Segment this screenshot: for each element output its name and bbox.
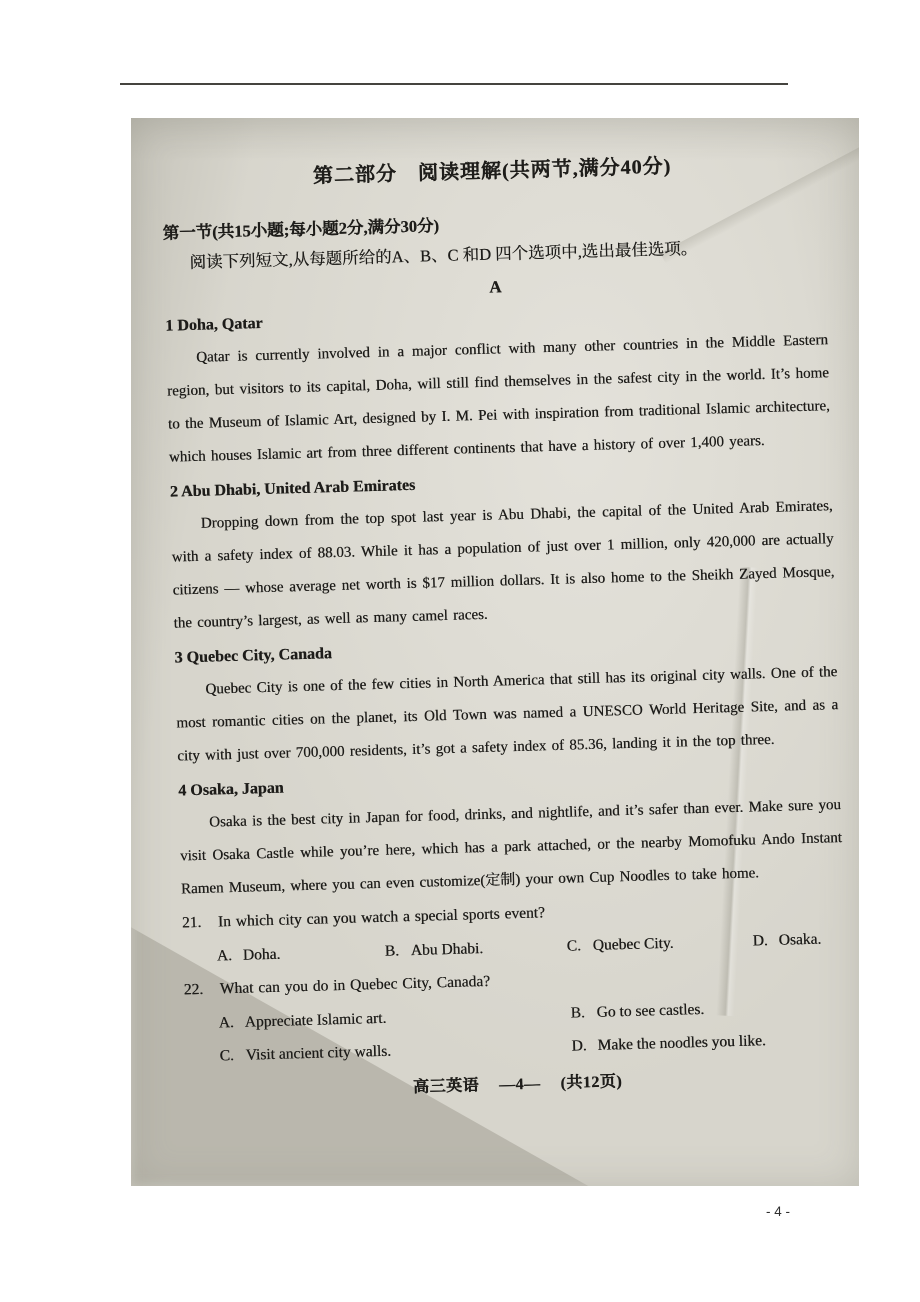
- footer-page-marker: —4—: [499, 1076, 541, 1094]
- question-number: 22.: [183, 972, 220, 1007]
- passage-body: Qatar is currently involved in a major c…: [166, 324, 831, 474]
- part-title: 第二部分 阅读理解(共两节,满分40分): [161, 148, 824, 194]
- question-text: What can you do in Quebec City, Canada?: [220, 973, 491, 998]
- q21-option-a: A.Doha.: [216, 935, 385, 973]
- option-text: Doha.: [243, 946, 281, 964]
- passage-body: Osaka is the best city in Japan for food…: [179, 789, 844, 906]
- passage-quebec-city: 3 Quebec City, Canada Quebec City is one…: [174, 624, 839, 773]
- option-letter: B.: [384, 934, 411, 968]
- top-divider-line: [120, 83, 788, 85]
- pdf-page-number: - 4 -: [748, 1204, 808, 1219]
- question-number: 21.: [181, 905, 218, 940]
- q21-option-c: C.Quebec City.: [566, 925, 753, 963]
- q21-option-b: B.Abu Dhabi.: [384, 930, 567, 968]
- option-text: Appreciate Islamic art.: [244, 1010, 386, 1031]
- option-text: Osaka.: [778, 931, 821, 949]
- passage-abu-dhabi: 2 Abu Dhabi, United Arab Emirates Droppi…: [169, 458, 835, 640]
- option-letter: D.: [752, 924, 779, 958]
- option-letter: A.: [218, 1006, 245, 1040]
- passage-body: Quebec City is one of the few cities in …: [175, 656, 840, 773]
- option-letter: B.: [570, 996, 597, 1030]
- option-letter: D.: [571, 1029, 598, 1063]
- option-letter: C.: [219, 1039, 246, 1073]
- question-text: In which city can you watch a special sp…: [218, 904, 545, 930]
- option-text: Make the noodles you like.: [597, 1032, 766, 1054]
- footer-total-pages: (共12页): [560, 1073, 622, 1092]
- footer-course: 高三英语: [413, 1077, 479, 1096]
- passage-body: Dropping down from the top spot last yea…: [170, 490, 835, 640]
- passage-doha: 1 Doha, Qatar Qatar is currently involve…: [165, 292, 831, 474]
- exam-content: 第二部分 阅读理解(共两节,满分40分) 第一节(共15小题;每小题2分,满分3…: [131, 118, 859, 1186]
- option-text: Go to see castles.: [596, 1001, 704, 1021]
- option-letter: C.: [566, 929, 593, 963]
- passage-osaka: 4 Osaka, Japan Osaka is the best city in…: [178, 757, 843, 906]
- option-letter: A.: [216, 939, 243, 973]
- option-text: Visit ancient city walls.: [245, 1043, 391, 1064]
- option-text: Abu Dhabi.: [411, 940, 484, 959]
- scanned-exam-page: 第二部分 阅读理解(共两节,满分40分) 第一节(共15小题;每小题2分,满分3…: [131, 118, 859, 1186]
- question-22: 22.What can you do in Quebec City, Canad…: [183, 955, 848, 1073]
- q22-option-d: D.Make the noodles you like.: [571, 1022, 848, 1063]
- q21-option-d: D.Osaka.: [752, 922, 845, 958]
- option-text: Quebec City.: [592, 935, 673, 954]
